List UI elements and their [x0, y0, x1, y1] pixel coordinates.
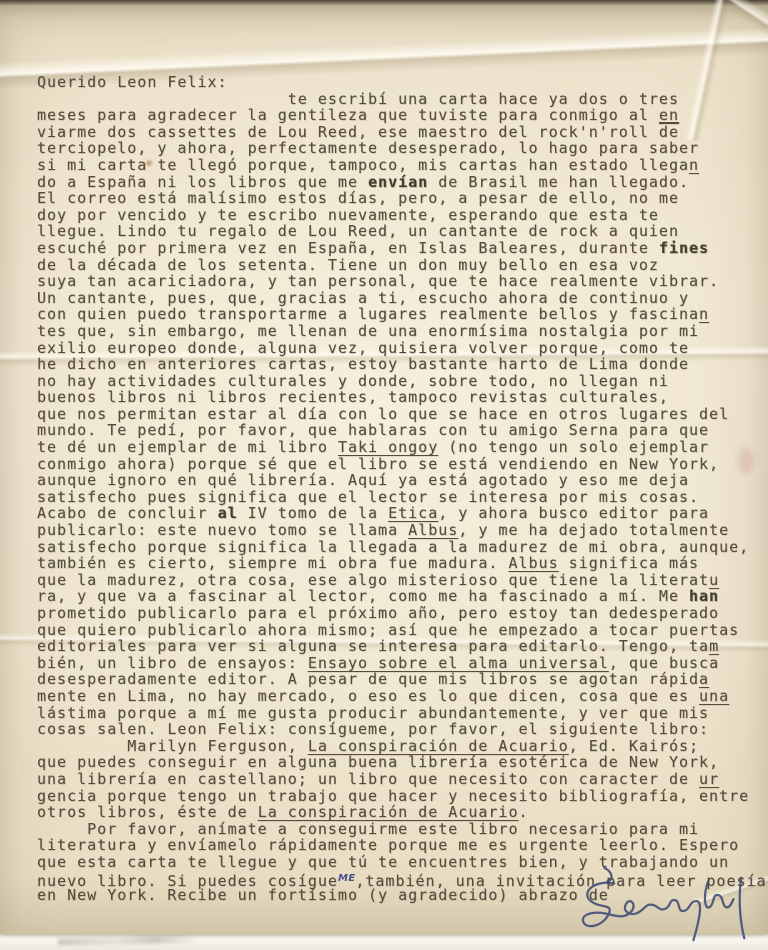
letter-line: desesperadamente editor. A pesar de que …: [37, 671, 763, 688]
letter-line: doy por vencido y te escribo nuevamente,…: [37, 207, 763, 224]
letter-body: Querido Leon Felix: te escribí una carta…: [37, 74, 763, 904]
crease-top-right-diagonal: [641, 0, 768, 79]
letter-line: cosas salen. Leon Felix: consígueme, por…: [37, 721, 763, 738]
letter-line: llegue. Lindo tu regalo de Lou Reed, un …: [37, 223, 763, 240]
letter-line: ra, y que va a fascinar al lector, como …: [37, 588, 763, 605]
letter-line: satisfecho pues significa que el lector …: [37, 489, 763, 506]
letter-line: prometido publicarlo para el próximo año…: [37, 605, 763, 622]
letter-line: mundo. Te pedí, por favor, que hablaras …: [37, 422, 763, 439]
letter-line: do a España ni los libros que me envían …: [37, 174, 763, 191]
letter-line: conmigo ahora) porque sé que el libro se…: [37, 456, 763, 473]
letter-line: te dé un ejemplar de mi libro Taki ongoy…: [37, 439, 763, 456]
letter-line: mente en Lima, no hay mercado, o eso es …: [37, 688, 763, 705]
letter-line: que puedes conseguir en alguna buena lib…: [37, 754, 763, 771]
letter-line: meses para agradecer la gentileza que tu…: [37, 107, 763, 124]
paper-top-shadow: [0, 0, 768, 6]
letter-line: si mi carta te llegó porque, tampoco, mi…: [37, 157, 763, 174]
signature-stroke: [583, 883, 700, 940]
letter-line: gencia porque tengo un trabajo que hacer…: [37, 788, 763, 805]
letter-line: exilio europeo donde, alguna vez, quisie…: [37, 340, 763, 357]
letter-line: que la madurez, otra cosa, ese algo mist…: [37, 572, 763, 589]
letter-line: aunque ignoro en qué librería. Aquí ya e…: [37, 472, 763, 489]
letter-line: bién, un libro de ensayos: Ensayo sobre …: [37, 655, 763, 672]
letter-line: no hay actividades culturales y donde, s…: [37, 373, 763, 390]
letter-line: suya tan acariciadora, y tan personal, q…: [37, 273, 763, 290]
letter-line: satisfecho porque significa la llegada a…: [37, 539, 763, 556]
signature-stroke: [604, 868, 611, 882]
signature-stroke: [705, 882, 734, 908]
letter-line: lástima porque a mí me gusta producir ab…: [37, 705, 763, 722]
letter-line: editoriales para ver si alguna se intere…: [37, 638, 763, 655]
letter-line: otros libros, éste de La conspiración de…: [37, 804, 763, 821]
letter-line: Marilyn Ferguson, La conspiración de Acu…: [37, 738, 763, 755]
signature: [572, 860, 764, 948]
letter-line: Querido Leon Felix:: [37, 74, 763, 91]
letter-line: que nos permitan estar al día con lo que…: [37, 406, 763, 423]
letter-line: con quien puedo transportarme a lugares …: [37, 306, 763, 323]
letter-line: Un cantante, pues, que, gracias a ti, es…: [37, 290, 763, 307]
letter-line: El correo está malísimo estos días, pero…: [37, 190, 763, 207]
letter-line: tes que, sin embargo, me llenan de una e…: [37, 323, 763, 340]
letter-line: escuché por primera vez en España, en Is…: [37, 240, 763, 257]
handwritten-insertion: ME: [338, 873, 355, 884]
letter-line: que quiero publicarlo ahora mismo; así q…: [37, 622, 763, 639]
signature-stroke: [740, 878, 745, 939]
letter-line: terciopelo, y ahora, perfectamente deses…: [37, 140, 763, 157]
letter-line: Por favor, anímate a conseguirme este li…: [37, 821, 763, 838]
letter-line: una librería en castellano; un libro que…: [37, 771, 763, 788]
letter-line: viarme dos cassettes de Lou Reed, ese ma…: [37, 124, 763, 141]
scanned-letter-photo: Querido Leon Felix: te escribí una carta…: [0, 0, 768, 950]
letter-line: te escribí una carta hace ya dos o tres: [37, 91, 763, 108]
letter-line: he dicho en anteriores cartas, estoy bas…: [37, 356, 763, 373]
letter-line: buenos libros ni libros recientes, tampo…: [37, 389, 763, 406]
letter-line: también es cierto, siempre mi obra fue m…: [37, 555, 763, 572]
letter-line: literatura y envíamelo rápidamente porqu…: [37, 837, 763, 854]
letter-line: de la década de los setenta. Tiene un do…: [37, 257, 763, 274]
letter-line: publicarlo: este nuevo tomo se llama Alb…: [37, 522, 763, 539]
letter-line: Acabo de concluir al IV tomo de la Etica…: [37, 505, 763, 522]
